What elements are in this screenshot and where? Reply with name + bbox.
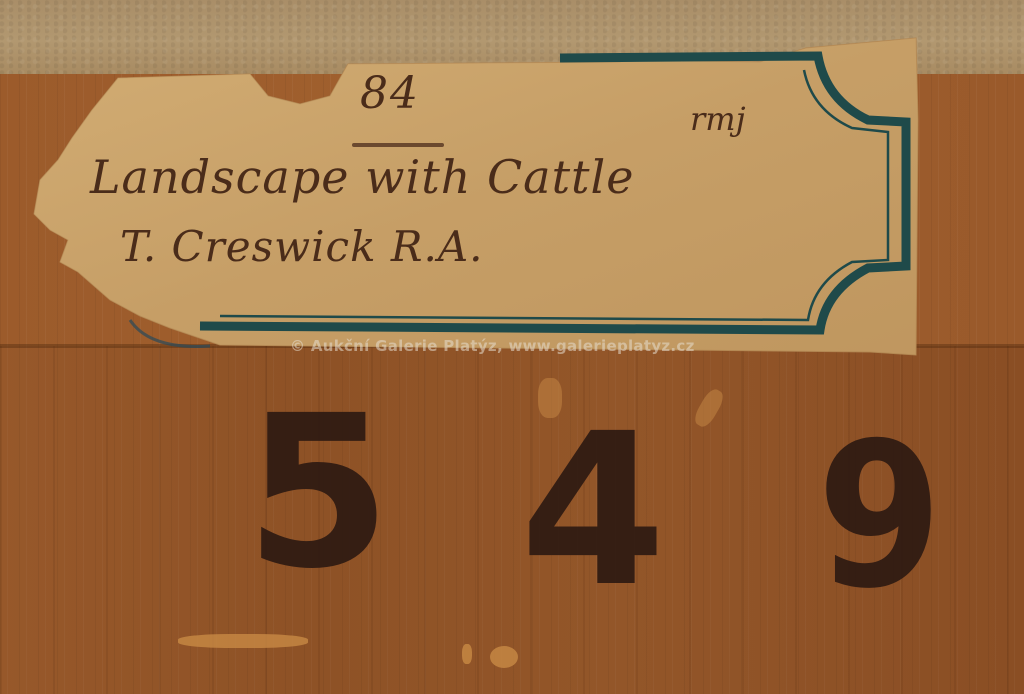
- painting-title: Landscape with Cattle: [90, 150, 634, 204]
- photo-scene: 84 rmj Landscape with Cattle T. Creswick…: [0, 0, 1024, 694]
- stencil-digit: 5: [245, 370, 391, 615]
- handwritten-initials: rmj: [690, 100, 746, 138]
- stencil-digit: 4: [520, 388, 666, 633]
- lot-number: 84: [360, 68, 420, 119]
- artist-name: T. Creswick R.A.: [120, 222, 484, 271]
- watermark: © Aukční Galerie Platýz, www.galerieplat…: [290, 337, 695, 355]
- stencil-digit: 9: [817, 400, 942, 633]
- lot-number-underline: [352, 143, 444, 147]
